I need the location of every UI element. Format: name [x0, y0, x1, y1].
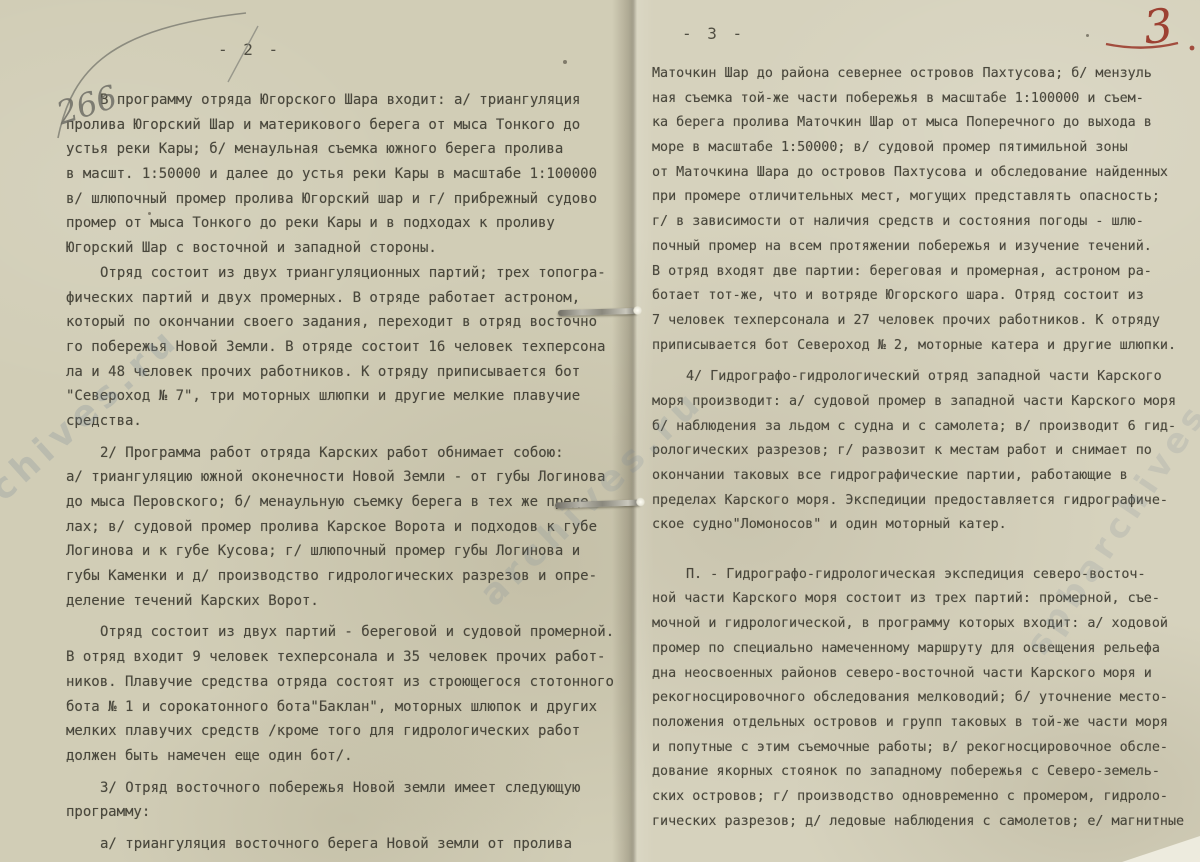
text-line: ной части Карского моря состоит из трех … — [652, 587, 1184, 612]
text-line: ботает тот-же, что и вотряде Югорского ш… — [652, 284, 1184, 309]
paper-speck — [563, 60, 567, 64]
text-line: пределах Карского моря. Экспедиции предо… — [652, 489, 1184, 514]
left-page-text: В программу отряда Югорского Шара входит… — [66, 88, 614, 857]
text-line: моря производит: а/ судовой промер в зап… — [652, 390, 1184, 415]
text-line: пролива Югорский Шар и материкового бере… — [66, 113, 614, 138]
text-line: должен быть намечен еще один бот/. — [66, 744, 614, 769]
text-line: мелких плавучих средств /кроме того для … — [66, 719, 614, 744]
text-line: в масшт. 1:50000 и далее до устья реки К… — [66, 162, 614, 187]
text-line: и попутные с этим съемочные работы; в/ р… — [652, 736, 1184, 761]
text-line: от Маточкина Шара до островов Пахтусова … — [652, 161, 1184, 186]
text-line: В отряд входят две партии: береговая и п… — [652, 260, 1184, 285]
text-line: гических разрезов; д/ ледовые наблюдения… — [652, 810, 1184, 835]
document-scan: - 2 - В программу отряда Югорского Шара … — [0, 0, 1200, 862]
text-line: губы Каменки и д/ производство гидрологи… — [66, 564, 614, 589]
text-line: устья реки Кары; б/ менаульная съемка юж… — [66, 137, 614, 162]
text-line: в/ шлюпочный промер пролива Югорский шар… — [66, 187, 614, 212]
text-line: ла и 48 человек прочих работников. К отр… — [66, 360, 614, 385]
text-line: 7 человек техперсонала и 27 человек проч… — [652, 309, 1184, 334]
text-line: "Североход № 7", три моторных шлюпки и д… — [66, 384, 614, 409]
text-line: окончании таковых все гидрографические п… — [652, 464, 1184, 489]
text-line: средства. — [66, 409, 614, 434]
text-line: ское судно"Ломоносов" и один моторный ка… — [652, 513, 1184, 538]
right-page-text: Маточкин Шар до района севернее островов… — [652, 62, 1184, 834]
text-line: б/ наблюдения за льдом с судна и с самол… — [652, 415, 1184, 440]
text-line — [652, 538, 1184, 563]
text-line: мочной и гидрологической, в программу ко… — [652, 612, 1184, 637]
text-line: программу: — [66, 800, 614, 825]
text-line: а/ триангуляцию южной оконечности Новой … — [66, 465, 614, 490]
text-line: дна неосвоенных районов северо-восточной… — [652, 662, 1184, 687]
text-line: приписывается бот Североход № 2, моторны… — [652, 334, 1184, 359]
text-line: Отряд состоит из двух партий - береговой… — [66, 620, 614, 645]
text-line: В отряд входит 9 человек техперсонала и … — [66, 645, 614, 670]
text-line: а/ триангуляция восточного берега Новой … — [66, 832, 614, 857]
text-line: го побережья Новой Земли. В отряде состо… — [66, 335, 614, 360]
text-line: П. - Гидрографо-гидрологическая экспедиц… — [652, 563, 1184, 588]
text-line: деление течений Карских Ворот. — [66, 589, 614, 614]
left-page-number: - 2 - — [218, 40, 281, 59]
text-line: промер по специально намеченному маршрут… — [652, 637, 1184, 662]
text-line: 2/ Программа работ отряда Карских работ … — [66, 441, 614, 466]
text-line: ка берега пролива Маточкин Шар от мыса П… — [652, 111, 1184, 136]
text-line: лах; в/ судовой промер пролива Карское В… — [66, 515, 614, 540]
text-line: 3/ Отряд восточного побережья Новой земл… — [66, 776, 614, 801]
text-line: почный промер на всем протяжении побереж… — [652, 235, 1184, 260]
text-line: при промере отличительных мест, могущих … — [652, 185, 1184, 210]
right-page: - 3 - Маточкин Шар до района севернее ос… — [632, 0, 1200, 862]
text-line: промер от мыса Тонкого до реки Кары и в … — [66, 211, 614, 236]
text-line: до мыса Перовского; б/ менаульную съемку… — [66, 490, 614, 515]
right-page-number: - 3 - — [682, 24, 745, 43]
text-line: Югорский Шар с восточной и западной стор… — [66, 236, 614, 261]
text-line: г/ в зависимости от наличия средств и со… — [652, 210, 1184, 235]
text-line: который по окончании своего задания, пер… — [66, 310, 614, 335]
text-line: ная съемка той-же части побережья в масш… — [652, 87, 1184, 112]
left-page: - 2 - В программу отряда Югорского Шара … — [0, 0, 632, 862]
text-line: В программу отряда Югорского Шара входит… — [66, 88, 614, 113]
text-line: рологических разрезов; г/ развозит к мес… — [652, 439, 1184, 464]
text-line: ников. Плавучие средства отряда состоят … — [66, 670, 614, 695]
text-line: дование якорных стоянок по западному поб… — [652, 760, 1184, 785]
text-line: Маточкин Шар до района севернее островов… — [652, 62, 1184, 87]
text-line: рекогносцировочного обследования мелково… — [652, 686, 1184, 711]
text-line: 4/ Гидрографо-гидрологический отряд запа… — [652, 365, 1184, 390]
text-line: море в масштабе 1:50000; в/ судовой пром… — [652, 136, 1184, 161]
paper-speck — [1086, 34, 1089, 37]
text-line: фических партий и двух промерных. В отря… — [66, 286, 614, 311]
paper-speck — [148, 212, 151, 215]
text-line: ских островов; г/ производство одновреме… — [652, 785, 1184, 810]
text-line: Отряд состоит из двух триангуляционных п… — [66, 261, 614, 286]
text-line: Логинова и к губе Кусова; г/ шлюпочный п… — [66, 539, 614, 564]
text-line: бота № 1 и сорокатонного бота"Баклан", м… — [66, 695, 614, 720]
text-line: положения отдельных островов и групп так… — [652, 711, 1184, 736]
